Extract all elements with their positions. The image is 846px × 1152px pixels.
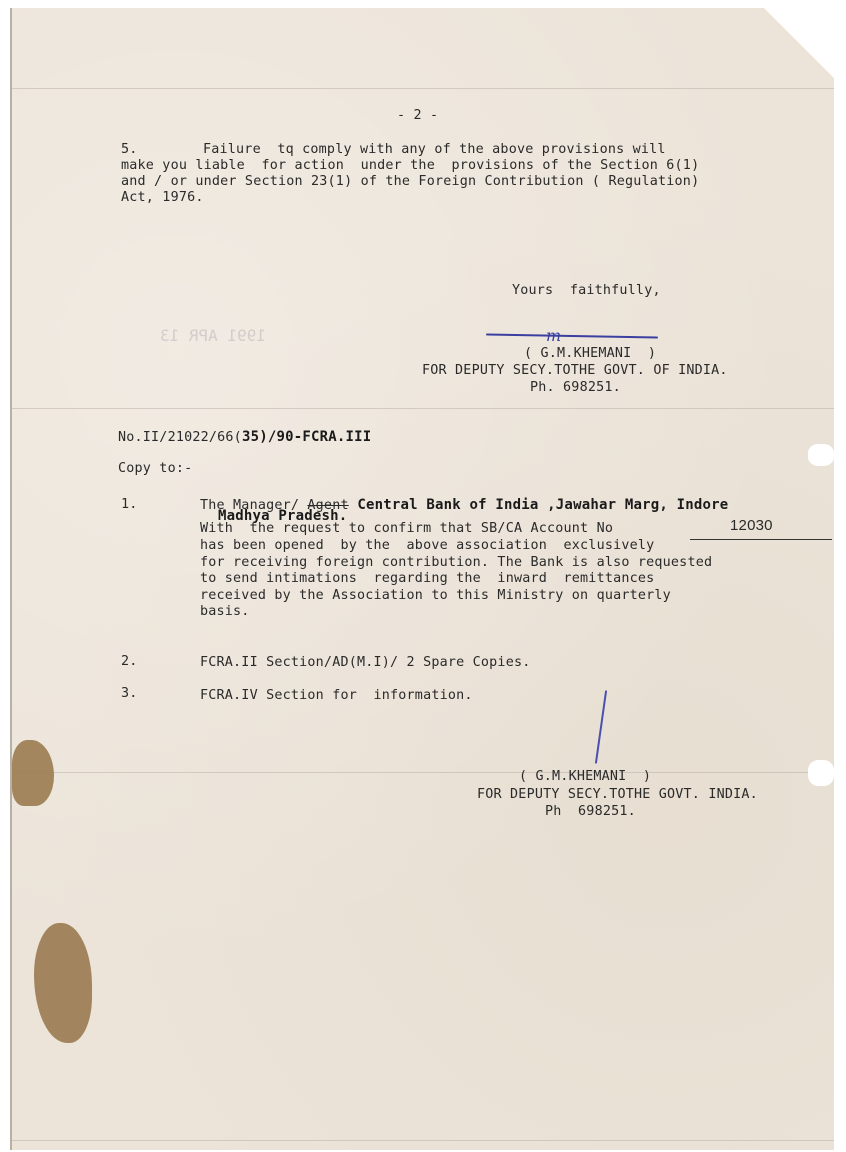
signatory-designation: FOR DEPUTY SECY.TOTHE GOVT. OF INDIA. — [422, 363, 728, 379]
paragraph-line: Act, 1976. — [121, 190, 204, 206]
paragraph-line: Failure tq comply with any of the above … — [203, 142, 666, 158]
reference-handwritten: 35)/90-FCRA.III — [242, 429, 371, 445]
copy-to-label: Copy to:- — [118, 461, 192, 477]
reference-prefix: No.II/21022/66( — [118, 430, 242, 445]
request-line: With the request to confirm that SB/CA A… — [200, 521, 613, 537]
signatory-phone: Ph. 698251. — [530, 380, 621, 396]
signatory-name: ( G.M.KHEMANI ) — [519, 769, 651, 785]
page-number: - 2 - — [397, 108, 438, 124]
copy-number: 2. — [121, 654, 138, 670]
copy-recipient: FCRA.II Section/AD(M.I)/ 2 Spare Copies. — [200, 655, 530, 671]
body-line: has been opened by the above association… — [200, 538, 654, 554]
account-number: 12030 — [730, 518, 773, 534]
fold-line — [12, 88, 834, 89]
copy-recipient: FCRA.IV Section for information. — [200, 688, 473, 704]
account-underline — [690, 539, 832, 540]
copy-number: 3. — [121, 686, 138, 702]
closing-salutation: Yours faithfully, — [512, 283, 661, 299]
reference-number: No.II/21022/66(35)/90-FCRA.III — [118, 429, 371, 446]
paragraph-line: make you liable for action under the pro… — [121, 158, 699, 174]
body-line: basis. — [200, 604, 250, 620]
fold-line — [12, 408, 834, 409]
stain — [34, 923, 92, 1043]
fold-line — [12, 1140, 834, 1141]
paragraph-line: and / or under Section 23(1) of the Fore… — [121, 174, 699, 190]
body-line: to send intimations regarding the inward… — [200, 571, 654, 587]
signatory-phone: Ph 698251. — [545, 804, 636, 820]
folded-corner — [764, 8, 834, 78]
signatory-designation: FOR DEPUTY SECY.TOTHE GOVT. INDIA. — [477, 787, 758, 803]
addressee-bank: Central Bank of India ,Jawahar Marg, Ind… — [349, 497, 729, 513]
paper-tear — [808, 444, 834, 466]
body-line: for receiving foreign contribution. The … — [200, 555, 712, 571]
fold-line — [12, 772, 834, 773]
copy-number: 1. — [121, 497, 138, 513]
stain — [12, 740, 54, 806]
signatory-name: ( G.M.KHEMANI ) — [524, 346, 656, 362]
paragraph-number: 5. — [121, 142, 138, 158]
bleed-through-stamp: 1991 APR 13 — [160, 326, 266, 345]
paper-tear — [808, 760, 834, 786]
signature: m — [546, 326, 561, 345]
body-line: received by the Association to this Mini… — [200, 588, 671, 604]
